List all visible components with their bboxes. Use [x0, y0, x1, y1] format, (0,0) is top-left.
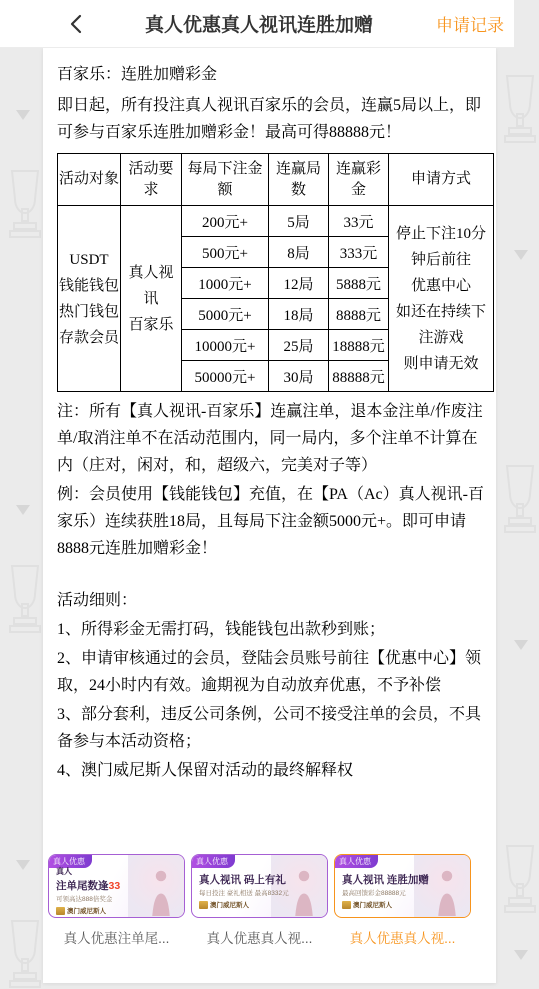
promo-content-card: 百家乐：连胜加赠彩金 即日起，所有投注真人视讯百家乐的会员，连赢5局以上，即可参… — [43, 48, 496, 983]
col-header-bonus: 连赢彩金 — [329, 154, 389, 206]
note-scope: 注：所有【真人视讯-百家乐】连赢注单，退本金注单/作废注单/取消注单不在活动范围… — [57, 398, 493, 479]
brand-logo-icon — [342, 901, 351, 909]
cell-bet: 500元+ — [182, 237, 269, 268]
banner-title: 注单尾数逢33 — [56, 878, 134, 893]
cell-bet: 5000元+ — [182, 299, 269, 330]
triangle-watermark-icon — [16, 110, 30, 120]
promo-notes: 注：所有【真人视讯-百家乐】连赢注单，退本金注单/作废注单/取消注单不在活动范围… — [57, 398, 493, 784]
banner-card-tail-number[interactable]: 真人优惠 真人 注单尾数逢33 可领高达888倍奖金 澳门威尼斯人 — [48, 854, 185, 918]
rule-item: 4、澳门威尼斯人保留对活动的最终解释权 — [57, 757, 493, 784]
banner-text: 真人视讯 连胜加赠 最高回馈彩金88888元 澳门威尼斯人 — [342, 867, 420, 914]
banner-subtitle: 最高回馈彩金88888元 — [342, 888, 420, 897]
triangle-watermark-icon — [16, 860, 30, 870]
trophy-watermark-icon — [497, 840, 539, 920]
banner-subtitle: 可领高达888倍奖金 — [56, 894, 134, 903]
banner-text: 真人 注单尾数逢33 可领高达888倍奖金 澳门威尼斯人 — [56, 867, 134, 914]
banner-card-scan-gift[interactable]: 真人优惠 真人视讯 码上有礼 每日投注 豪礼相送 最高8332元 澳门威尼斯人 — [191, 854, 328, 918]
cell-eligibility: USDT 钱能钱包 热门钱包 存款会员 — [58, 206, 121, 392]
col-header-bet-amount: 每局下注金额 — [182, 154, 269, 206]
col-header-streak: 连赢局数 — [269, 154, 329, 206]
col-header-requirement: 活动要求 — [121, 154, 182, 206]
application-records-link[interactable]: 申请记录 — [436, 11, 504, 36]
trophy-watermark-icon — [497, 460, 539, 540]
col-header-target: 活动对象 — [58, 154, 121, 206]
table-header-row: 活动对象 活动要求 每局下注金额 连赢局数 连赢彩金 申请方式 — [58, 154, 494, 206]
cell-bet: 1000元+ — [182, 268, 269, 299]
banner-row: 真人优惠 真人 注单尾数逢33 可领高达888倍奖金 澳门威尼斯人 — [48, 854, 478, 918]
cell-bonus: 33元 — [329, 206, 389, 237]
brand-logo: 澳门威尼斯人 — [56, 906, 134, 915]
cell-bet: 50000元+ — [182, 361, 269, 392]
banner-title: 真人视讯 连胜加赠 — [342, 872, 420, 887]
banner-captions: 真人优惠注单尾... 真人优惠真人视... 真人优惠真人视... — [48, 927, 478, 947]
brand-logo: 澳门威尼斯人 — [342, 900, 420, 909]
cell-apply-method: 停止下注10分钟后前往 优惠中心 如还在持续下注游戏 则申请无效 — [389, 206, 494, 392]
rule-item: 3、部分套利，违反公司条例，公司不接受注单的会员，不具备参与本活动资格； — [57, 701, 493, 755]
cell-streak: 12局 — [269, 268, 329, 299]
page-title: 真人优惠真人视讯连胜加赠 — [0, 10, 428, 37]
brand-logo-text: 澳门威尼斯人 — [67, 906, 106, 915]
banner-image — [128, 855, 184, 917]
rules-heading: 活动细则： — [57, 587, 493, 614]
banner-card-winning-streak[interactable]: 真人优惠 真人视讯 连胜加赠 最高回馈彩金88888元 澳门威尼斯人 — [334, 854, 471, 918]
banner-caption[interactable]: 真人优惠真人视... — [191, 927, 328, 947]
brand-logo-text: 澳门威尼斯人 — [353, 900, 392, 909]
brand-logo: 澳门威尼斯人 — [199, 900, 277, 909]
promo-table: 活动对象 活动要求 每局下注金额 连赢局数 连赢彩金 申请方式 USDT 钱能钱… — [57, 153, 494, 392]
brand-logo-icon — [56, 907, 65, 915]
table-row: USDT 钱能钱包 热门钱包 存款会员 真人视讯 百家乐 200元+ 5局 33… — [58, 206, 494, 237]
banner-image — [414, 855, 470, 917]
promo-subtitle: 百家乐：连胜加赠彩金 — [57, 62, 493, 88]
cell-bet: 10000元+ — [182, 330, 269, 361]
cell-streak: 5局 — [269, 206, 329, 237]
trophy-watermark-icon — [2, 165, 48, 245]
related-promos: 真人优惠 真人 注单尾数逢33 可领高达888倍奖金 澳门威尼斯人 — [48, 854, 478, 947]
trophy-watermark-icon — [2, 560, 48, 640]
brand-logo-text: 澳门威尼斯人 — [210, 900, 249, 909]
cell-bonus: 8888元 — [329, 299, 389, 330]
triangle-watermark-icon — [16, 505, 30, 515]
back-icon[interactable] — [66, 13, 88, 35]
col-header-apply-method: 申请方式 — [389, 154, 494, 206]
cell-streak: 8局 — [269, 237, 329, 268]
triangle-watermark-icon — [514, 640, 528, 650]
banner-topline: 真人 — [56, 866, 134, 877]
banner-caption[interactable]: 真人优惠注单尾... — [48, 927, 185, 947]
banner-subtitle: 每日投注 豪礼相送 最高8332元 — [199, 888, 277, 897]
triangle-watermark-icon — [514, 250, 528, 260]
cell-bonus: 18888元 — [329, 330, 389, 361]
brand-logo-icon — [199, 901, 208, 909]
trophy-watermark-icon — [2, 915, 48, 989]
rule-item: 2、申请审核通过的会员，登陆会员账号前往【优惠中心】领取，24小时内有效。逾期视… — [57, 645, 493, 699]
note-example: 例：会员使用【钱能钱包】充值，在【PA（Ac）真人视讯-百家乐）连续获胜18局，… — [57, 481, 493, 562]
cell-requirement: 真人视讯 百家乐 — [121, 206, 182, 392]
cell-bonus: 333元 — [329, 237, 389, 268]
banner-image — [271, 855, 327, 917]
cell-bonus: 88888元 — [329, 361, 389, 392]
rule-item: 1、所得彩金无需打码，钱能钱包出款秒到账； — [57, 616, 493, 643]
banner-caption-selected[interactable]: 真人优惠真人视... — [334, 927, 471, 947]
cell-bet: 200元+ — [182, 206, 269, 237]
banner-title-accent: 33 — [109, 880, 121, 892]
banner-title: 真人视讯 码上有礼 — [199, 872, 277, 887]
promo-description: 即日起，所有投注真人视讯百家乐的会员，连赢5局以上，即可参与百家乐连胜加赠彩金！… — [57, 92, 493, 146]
cell-streak: 25局 — [269, 330, 329, 361]
banner-text: 真人视讯 码上有礼 每日投注 豪礼相送 最高8332元 澳门威尼斯人 — [199, 867, 277, 914]
trophy-watermark-icon — [497, 70, 539, 150]
cell-streak: 30局 — [269, 361, 329, 392]
triangle-watermark-icon — [514, 950, 528, 960]
app-header: 真人优惠真人视讯连胜加赠 申请记录 — [0, 0, 514, 48]
cell-bonus: 5888元 — [329, 268, 389, 299]
cell-streak: 18局 — [269, 299, 329, 330]
